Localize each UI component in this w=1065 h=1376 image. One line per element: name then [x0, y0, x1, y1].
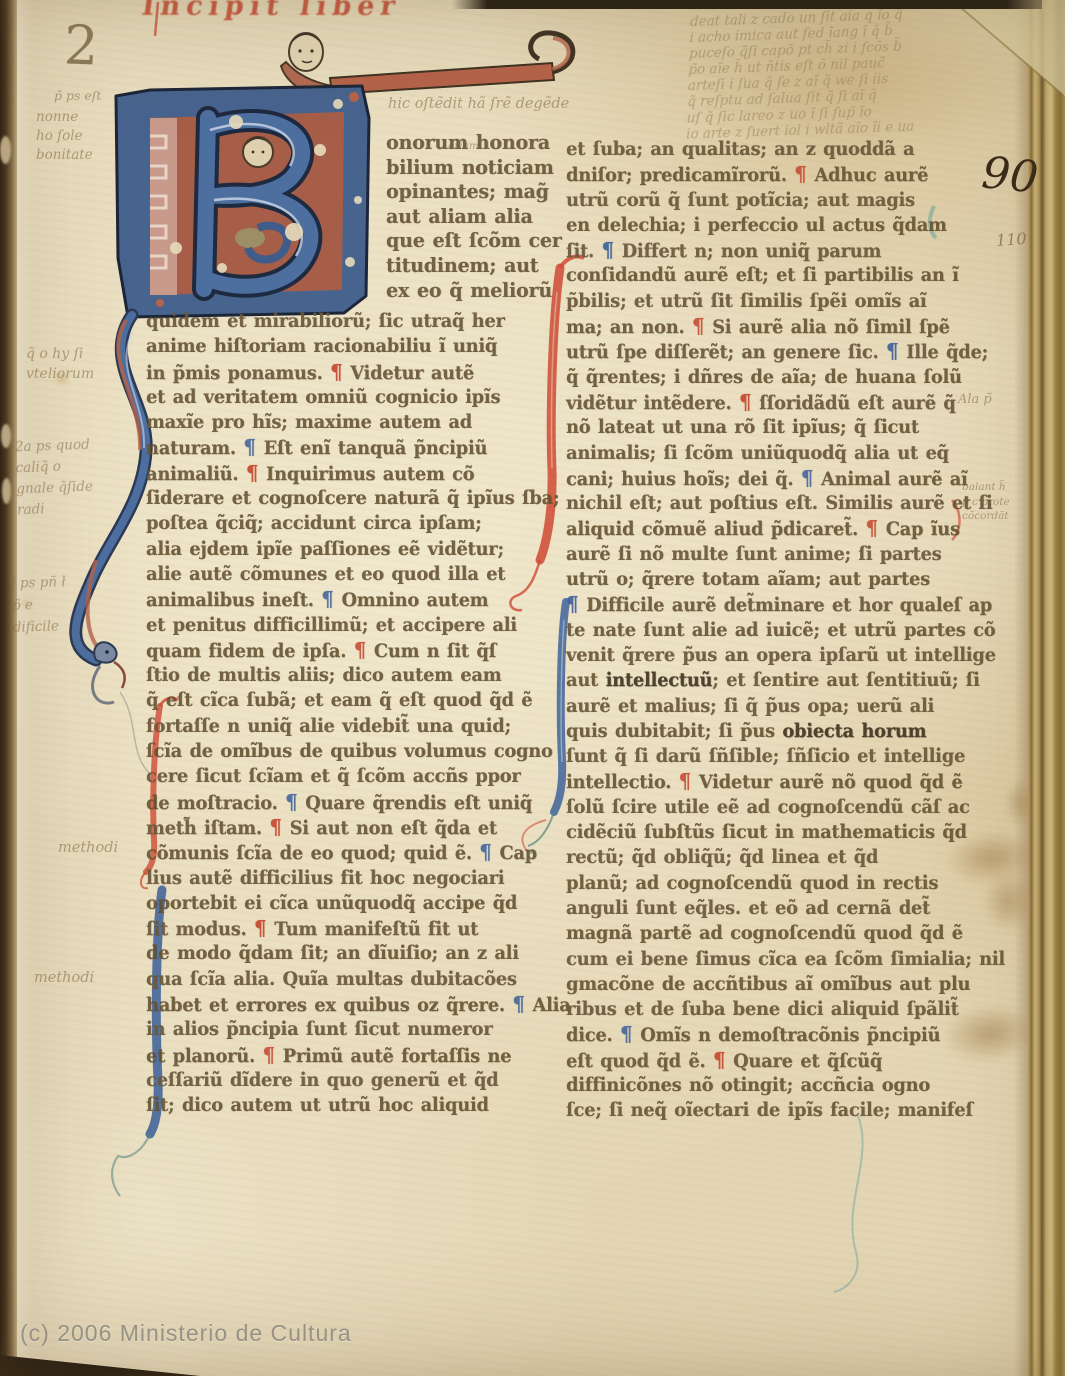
gutter-highlight — [17, 0, 33, 1376]
text-line: quis dubitabit; ſi p̃us obiecta horum — [566, 718, 1005, 745]
text-line: rectũ; q̃d obliq̃ũ; q̃d linea et q̃d — [566, 844, 1005, 871]
marginal-note-left: nonneho ſolebonitate — [36, 108, 93, 165]
column2-text: et ſuba; an qualitas; an z quoddã adniſo… — [566, 136, 1005, 1123]
text-line: nõ lateat ut una rõ ſit ipĩus; q̃ ſicut — [566, 414, 1005, 441]
text-line: p̃bilis; et utrũ ſit ſimilis ſpẽi omĩs a… — [566, 288, 1005, 315]
text-line: 2a ps quod — [15, 435, 92, 459]
text-line: de modo q̃dam ſit; an dĩuiſio; an z ali — [146, 940, 571, 967]
text-line: q̃ o hy ſi — [26, 344, 94, 364]
text-line: nichil eſt; aut poſtius eſt. Similis aur… — [566, 490, 1005, 517]
text-line: animaliũ. ¶ Inquirimus autem cõ — [146, 460, 571, 487]
text-line: opinantes; mag̃ — [386, 179, 562, 205]
text-line: ſtio de multis aliis; dico autem eam — [146, 662, 571, 689]
text-line: et ſuba; an qualitas; an z quoddã a — [566, 136, 1005, 163]
binding-gutter — [0, 0, 17, 1376]
text-line: et ad veritatem omniũ cognicio ipĩs — [146, 384, 571, 411]
text-line: utrũ o; q̃rere totam aĩam; aut partes — [566, 566, 1005, 593]
text-line: caliq̃ o — [15, 456, 92, 480]
marginal-note-left: p̃ ps eſt — [54, 88, 101, 103]
text-line: en delechia; i perfeccio ul actus q̃dam — [566, 212, 1005, 239]
text-line: bonitate — [36, 146, 93, 165]
text-line: vidẽtur intẽdere. ¶ ſſoridãdũ eſt aurẽ q… — [566, 389, 1005, 416]
text-line: cõmunis ſcĩa de eo quod; quid ẽ. ¶ Cap — [146, 839, 571, 866]
column1-opening-lines: onorum honorabilium noticiamopinantes; m… — [386, 130, 562, 302]
text-line: aut aliam alia — [386, 204, 562, 230]
text-line: poſtea q̃ciq̃; accidunt circa ipſam; — [146, 510, 571, 537]
text-line: et planorũ. ¶ Primũ autẽ fortaſſis ne — [146, 1042, 571, 1069]
text-line: habet et errores ex quibus oz q̃rere. ¶ … — [146, 991, 571, 1018]
binding-thread — [1, 424, 11, 448]
text-line: anguli ſunt eq̃les. et eõ ad cernã det̃ — [566, 895, 1005, 922]
text-line: onorum honora — [386, 130, 562, 156]
text-line: aurẽ ſi nõ multe ſunt anime; ſi partes — [566, 541, 1005, 568]
marginal-note-top-right: deat tali z cado un ſit aia q ĩo q̃i ach… — [686, 2, 1050, 143]
binding-thread — [0, 136, 11, 164]
marginal-note-left: q̃ o hy ſivteliorum — [26, 344, 94, 384]
marginal-note-left: 2a ps quodcaliq̃ ognale q̃ſideradi — [15, 435, 94, 522]
text-line: qua ſcĩa alia. Quĩa multas dubitacões — [146, 966, 571, 993]
text-line: ho ſole — [36, 127, 93, 146]
text-line: in alios p̃ncipia ſunt ſicut numeror — [146, 1016, 571, 1043]
text-line: naturam. ¶ Eſt enĩ tanquã p̃ncipiũ — [146, 434, 571, 461]
text-line: ſce; ſi neq̃ oĩectari de ipĩs facile; ma… — [566, 1097, 1005, 1124]
book-fore-edge — [1028, 0, 1065, 1376]
text-line: q̃ q̃rentes; i dñres de aĩa; de huana ſo… — [566, 364, 1005, 391]
folio-number-pencil: 2 — [63, 13, 100, 77]
text-line: maxĩe pro hĩs; maxime autem ad — [146, 409, 571, 436]
manuscript-scan: Incipit liber 2 90 110 deat tali z cado … — [0, 0, 1065, 1376]
text-line: fortaſſe n uniq̃ alie videbit̃ una quid; — [146, 713, 571, 740]
text-line: alia ejdem ipĩe paſſiones eẽ vidẽtur; — [146, 536, 571, 563]
text-line: ceſſariũ dĩdere in quo generũ et q̃d — [146, 1067, 571, 1094]
column1-text: quidem et mirabiliorũ; ſic utraq̃ herani… — [146, 308, 571, 1118]
text-line: que eſt ſcõm cer — [386, 228, 562, 254]
text-line: dniſor; predicamĩrorũ. ¶ Adhuc aurẽ — [566, 161, 1005, 188]
marginal-note-methodi: methodi — [34, 970, 94, 986]
text-line: utrũ corũ q̃ ſunt potĩcia; aut magis — [566, 187, 1005, 214]
text-line: quidem et mirabiliorũ; ſic utraq̃ her — [146, 308, 571, 335]
text-line: meth̃ iſtam. ¶ Si aut non eſt q̃da et — [146, 814, 571, 841]
text-line: de moſtracio. ¶ Quare q̃rendis eſt uniq̃ — [146, 789, 571, 816]
text-line: ma; an non. ¶ Si aurẽ alia nõ ſimil ſpẽ — [566, 313, 1005, 340]
text-line: anime hiſtoriam racionabiliu ĩ uniq̃ — [146, 333, 571, 360]
text-line: animalis; ſi ſcõm uniũquodq̃ alia ut eq̃ — [566, 440, 1005, 467]
rubric-title: Incipit liber — [140, 0, 403, 22]
text-line: titudinem; aut — [386, 253, 562, 279]
text-line: vteliorum — [26, 364, 94, 384]
text-line: gmacõne de accñtibus aĩ omĩbus aut plu — [566, 971, 1005, 998]
text-line: planũ; ad cognoſcendũ quod in rectis — [566, 870, 1005, 897]
text-line: ſunt q̃ ſi darũ ſñſible; ſñſicio et inte… — [566, 743, 1005, 770]
text-line: oportebit ei cĩca unũquodq̃ accipe q̃d — [146, 890, 571, 917]
copyright-watermark: (c) 2006 Ministerio de Cultura — [20, 1320, 352, 1347]
binding-thread — [2, 478, 11, 504]
text-line: ſcĩa de omĩbus de quibus volumus cogno — [146, 738, 571, 765]
marginal-note-methodi: methodi — [58, 840, 118, 856]
text-line: ſiderare et cognoſcere naturã q̃ ipĩus ſ… — [146, 485, 571, 512]
marginal-note-left: ĩ ps pñ łp̃ edificile — [11, 571, 68, 639]
text-line: venit q̃rere p̃us an opera ipſarũ ut int… — [566, 642, 1005, 669]
text-line: cani; huius hoĩs; dei q̃. ¶ Animal aurẽ … — [566, 465, 1005, 492]
text-line: gnale q̃ſide — [16, 477, 93, 501]
text-line: intellectio. ¶ Videtur aurẽ nõ quod q̃d … — [566, 768, 1005, 795]
text-line: ſit. ¶ Differt n; non uniq̃ parum — [566, 237, 1005, 264]
text-line: in p̃mis ponamus. ¶ Videtur autẽ — [146, 359, 571, 386]
text-line: cere ſicut ſcĩam et q̃ ſcõm accñs ppor — [146, 763, 571, 790]
text-line: cidẽciũ ſubſtũs ſicut in mathematicis q̃… — [566, 819, 1005, 846]
text-line: p̃ e — [12, 593, 67, 617]
scan-top-edge — [452, 0, 1042, 9]
text-line: cum ei bene ſimus cĩca ea ſcõm ſimialia;… — [566, 946, 1005, 973]
text-line: quam fidem de ipſa. ¶ Cum n ſit q̃ſ — [146, 637, 571, 664]
text-line: ſit modus. ¶ Tum manifeſtũ fit ut — [146, 915, 571, 942]
text-line: aliquid cõmuẽ aliud p̃dicaret̃. ¶ Cap ĩu… — [566, 515, 1005, 542]
text-line: ¶ Difficile aurẽ det̃minare et hor quale… — [566, 591, 1005, 618]
text-line: et penitus difficillimũ; et accipere ali — [146, 612, 571, 639]
text-line: aurẽ et malius; ſi q̃ p̃us opa; uerũ ali — [566, 693, 1005, 720]
text-line: ſit; dico autem ut utrũ hoc aliquid — [146, 1092, 571, 1119]
interlinear-note: hic oſtẽdit hã ſrẽ degẽde — [388, 96, 569, 112]
text-line: nonne — [36, 108, 93, 127]
text-line: radi — [17, 498, 94, 522]
text-line: ex eo q̃ meliorũ — [386, 278, 562, 304]
text-line: q̃ eſt cĩca ſubã; et eam q̃ eſt quod q̃d… — [146, 687, 571, 714]
text-line: conſidandũ aurẽ eſt; et ſi partibilis an… — [566, 262, 1005, 289]
text-line: dice. ¶ Omĩs n demoſtracõnis p̃ncipiũ — [566, 1021, 1005, 1048]
text-line: lius autẽ difficilius fit hoc negociari — [146, 865, 571, 892]
text-line: ribus et de ſuba bene dici aliquid ſpãli… — [566, 996, 1005, 1023]
text-line: eſt quod q̃d ẽ. ¶ Quare et q̃ſcũq̃ — [566, 1047, 1005, 1074]
text-line: bilium noticiam — [386, 155, 562, 181]
text-line: ſolũ ſcire utile eẽ ad cognoſcendũ cãſ a… — [566, 794, 1005, 821]
text-line: utrũ ſpe diſſerẽt; an genere ſic. ¶ Ille… — [566, 338, 1005, 365]
text-line: animalibus ineſt. ¶ Omnino autem — [146, 586, 571, 613]
page-edge-shadow — [1014, 0, 1028, 1376]
text-line: alie autẽ cõmunes et eo quod illa et — [146, 561, 571, 588]
text-line: dificile — [12, 615, 67, 639]
text-line: diffinicõnes nõ otingit; accñcia ogno — [566, 1072, 1005, 1099]
text-line: ĩ ps pñ ł — [11, 571, 66, 595]
text-line: te nate ſunt alie ad iuicẽ; et utrũ part… — [566, 617, 1005, 644]
text-line: magnã partẽ ad cognoſcendũ quod q̃d ẽ — [566, 920, 1005, 947]
text-line: aut intellectuũ; et ſentire aut ſentitiu… — [566, 667, 1005, 694]
